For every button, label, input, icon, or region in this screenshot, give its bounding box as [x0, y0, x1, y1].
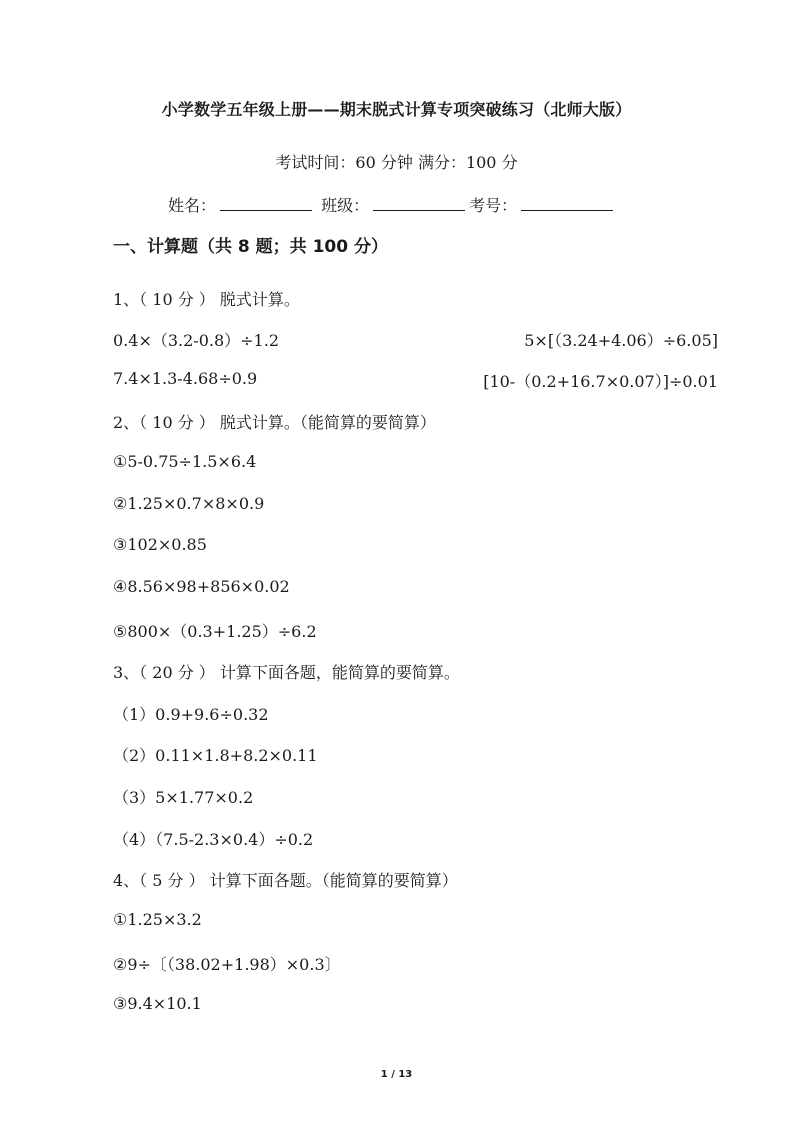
question-4-item-2: ②9÷〔（38.02+1.98）×0.3〕 [113, 952, 341, 975]
name-blank[interactable] [220, 195, 312, 211]
question-1-item-2: 5×[（3.24+4.06）÷6.05] [524, 328, 718, 351]
question-2-header: 2、（ 10 分 ） 脱式计算。（能简算的要简算） [113, 410, 436, 433]
question-2-item-3: ③102×0.85 [113, 535, 207, 554]
name-label: 姓名： [168, 196, 216, 215]
class-blank[interactable] [373, 195, 465, 211]
class-label: 班级： [321, 196, 369, 215]
question-2-item-5: ⑤800×（0.3+1.25）÷6.2 [113, 619, 317, 642]
section-heading: 一、计算题（共 8 题；共 100 分） [113, 232, 388, 257]
page-indicator: 1 / 13 [0, 1069, 793, 1080]
question-1-item-3: 7.4×1.3-4.68÷0.9 [113, 369, 257, 388]
question-1-item-4: [10-（0.2+16.7×0.07）]÷0.01 [483, 369, 718, 392]
document-title: 小学数学五年级上册——期末脱式计算专项突破练习（北师大版） [0, 97, 793, 120]
question-2-item-4: ④8.56×98+856×0.02 [113, 577, 290, 596]
question-2-item-2: ②1.25×0.7×8×0.9 [113, 494, 264, 513]
question-3-item-4: （4）（7.5-2.3×0.4）÷0.2 [113, 827, 313, 850]
student-info-row: 姓名： 班级：考号： [168, 193, 617, 216]
question-2-item-1: ①5-0.75÷1.5×6.4 [113, 452, 256, 471]
question-4-item-1: ①1.25×3.2 [113, 910, 202, 929]
question-3-header: 3、（ 20 分 ） 计算下面各题，能简算的要简算。 [113, 660, 460, 683]
question-4-item-3: ③9.4×10.1 [113, 994, 202, 1013]
id-blank[interactable] [521, 195, 613, 211]
id-label: 考号： [469, 196, 517, 215]
question-3-item-3: （3）5×1.77×0.2 [113, 785, 253, 808]
question-4-header: 4、（ 5 分 ） 计算下面各题。（能简算的要简算） [113, 868, 458, 891]
question-1-item-1: 0.4×（3.2-0.8）÷1.2 [113, 328, 279, 351]
exam-meta: 考试时间：60 分钟 满分：100 分 [0, 150, 793, 173]
question-3-item-1: （1）0.9+9.6÷0.32 [113, 702, 269, 725]
question-3-item-2: （2）0.11×1.8+8.2×0.11 [113, 743, 318, 766]
question-1-header: 1、（ 10 分 ） 脱式计算。 [113, 287, 300, 310]
